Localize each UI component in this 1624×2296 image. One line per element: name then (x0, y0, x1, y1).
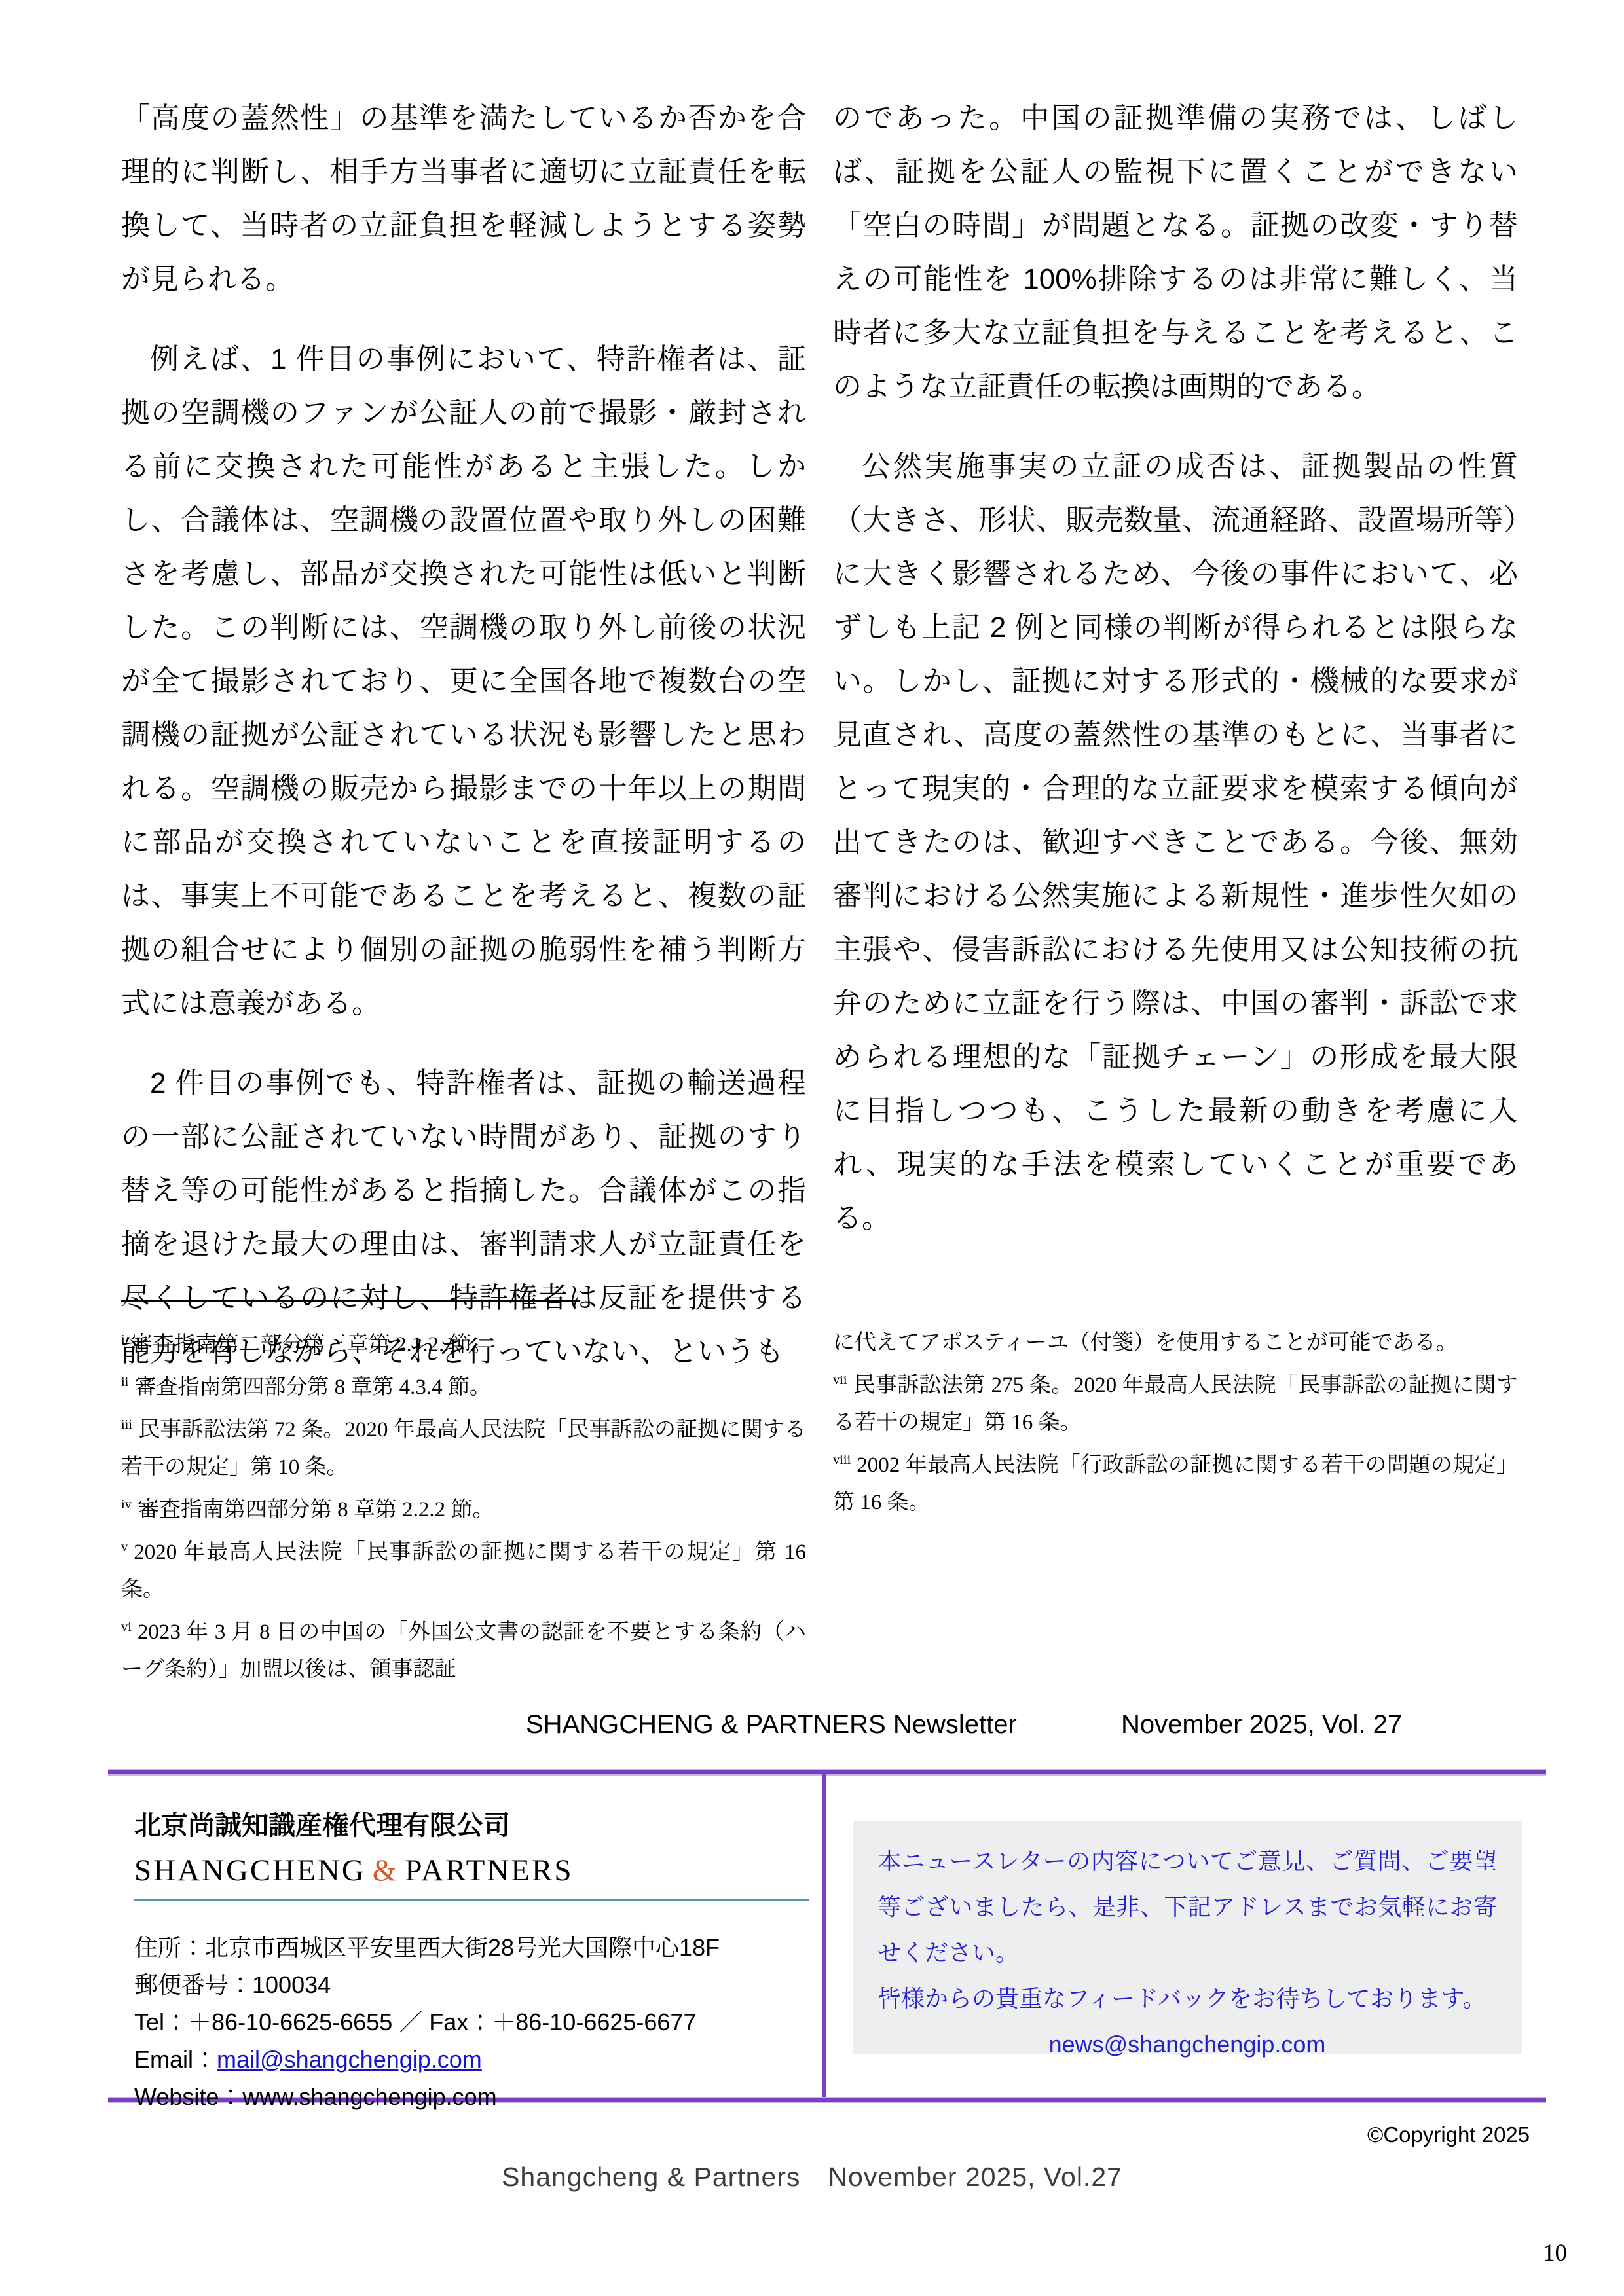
page-number: 10 (1543, 2239, 1567, 2267)
feedback-text: 本ニュースレターの内容についてご意見、ご質問、ご要望等ございましたら、是非、下記… (877, 1838, 1497, 1976)
footer-issue-line: Shangcheng & Partners November 2025, Vol… (0, 2155, 1624, 2194)
email-link[interactable]: mail@shangchengip.com (217, 2046, 482, 2073)
footnote-separator (121, 1300, 580, 1302)
footnote-marker: vi (121, 1620, 132, 1634)
left-column: 「高度の蓋然性」の基準を満たしているか否かを合理的に判断し、相手方当事者に適切に… (121, 92, 806, 1405)
footnote-marker: ii (121, 1375, 128, 1389)
body-paragraph: 「高度の蓋然性」の基準を満たしているか否かを合理的に判断し、相手方当事者に適切に… (121, 92, 806, 306)
feedback-email-link[interactable]: news@shangchengip.com (1049, 2031, 1326, 2058)
website-value: www.shangchengip.com (242, 2083, 496, 2110)
footnote-marker: iii (121, 1417, 132, 1432)
footnotes-right: に代えてアポスティーユ（付箋）を使用することが可能である。 vii民事訴訟法第 … (833, 1319, 1518, 1522)
company-website-line: Website：www.shangchengip.com (134, 2078, 809, 2115)
email-label: Email： (134, 2046, 217, 2073)
copyright-notice: ©Copyright 2025 (1367, 2123, 1530, 2147)
newsletter-title: SHANGCHENG & PARTNERS Newsletter (526, 1710, 1017, 1740)
company-info: 北京尚誠知識産権代理有限公司 SHANGCHENG&PARTNERS 住所：北京… (134, 1804, 809, 2115)
footnote: v2020 年最高人民法院「民事訴訟の証拠に関する若干の規定」第 16 条。 (121, 1529, 806, 1609)
feedback-text-2: 皆様からの貴重なフィードバックをお待ちしております。 (877, 1976, 1497, 2022)
footnote: ii審査指南第四部分第 8 章第 4.3.4 節。 (121, 1364, 806, 1406)
right-column: のであった。中国の証拠準備の実務では、しばしば、証拠を公証人の監視下に置くことが… (833, 92, 1518, 1271)
body-paragraph: のであった。中国の証拠準備の実務では、しばしば、証拠を公証人の監視下に置くことが… (833, 92, 1518, 414)
website-label: Website： (134, 2083, 242, 2110)
footer-vertical-divider (822, 1770, 826, 2102)
footnote-marker: v (121, 1540, 128, 1554)
footnote-marker: vii (833, 1373, 847, 1387)
company-address: 住所：北京市西城区平安里西大街28号光大国際中心18F (134, 1929, 809, 1966)
company-name-en: SHANGCHENG&PARTNERS (134, 1853, 809, 1888)
footnote-marker: viii (833, 1453, 851, 1467)
top-purple-rule (108, 1770, 1546, 1774)
company-email-line: Email：mail@shangchengip.com (134, 2041, 809, 2078)
footnotes-left: i審査指南第二部分第三章第 2.1.2. 節。 ii審査指南第四部分第 8 章第… (121, 1300, 806, 1688)
footnote: iii民事訴訟法第 72 条。2020 年最高人民法院「民事訴訟の証拠に関する若… (121, 1406, 806, 1486)
body-paragraph: 例えば、1 件目の事例において、特許権者は、証拠の空調機のファンが公証人の前で撮… (121, 333, 806, 1030)
teal-rule (134, 1899, 809, 1901)
footnote-marker: iv (121, 1497, 132, 1512)
company-postal: 郵便番号：100034 (134, 1966, 809, 2003)
feedback-email-line: news@shangchengip.com (877, 2022, 1497, 2068)
company-name-cn: 北京尚誠知識産権代理有限公司 (134, 1804, 809, 1842)
footnote: iv審査指南第四部分第 8 章第 2.2.2 節。 (121, 1486, 806, 1529)
body-paragraph: 公然実施事実の立証の成否は、証拠製品の性質（大きさ、形状、販売数量、流通経路、設… (833, 440, 1518, 1245)
feedback-box: 本ニュースレターの内容についてご意見、ご質問、ご要望等ございましたら、是非、下記… (853, 1821, 1522, 2054)
ampersand-accent: & (373, 1853, 399, 1887)
footnote: vii民事訴訟法第 275 条。2020 年最高人民法院「民事訴訟の証拠に関する… (833, 1362, 1518, 1442)
footnote: vi2023 年 3 月 8 日の中国の「外国公文書の認証を不要とする条約（ハー… (121, 1609, 806, 1688)
footnote-marker: i (121, 1332, 125, 1347)
footnote-continuation: に代えてアポスティーユ（付箋）を使用することが可能である。 (833, 1319, 1518, 1362)
footnote: viii2002 年最高人民法院「行政訴訟の証拠に関する若干の問題の規定」第 1… (833, 1442, 1518, 1522)
footnote: i審査指南第二部分第三章第 2.1.2. 節。 (121, 1321, 806, 1364)
newsletter-issue: November 2025, Vol. 27 (1121, 1710, 1402, 1740)
newsletter-page: 「高度の蓋然性」の基準を満たしているか否かを合理的に判断し、相手方当事者に適切に… (0, 0, 1624, 2296)
company-tel-fax: Tel：＋86-10-6625-6655 ／ Fax：＋86-10-6625-6… (134, 2003, 809, 2041)
